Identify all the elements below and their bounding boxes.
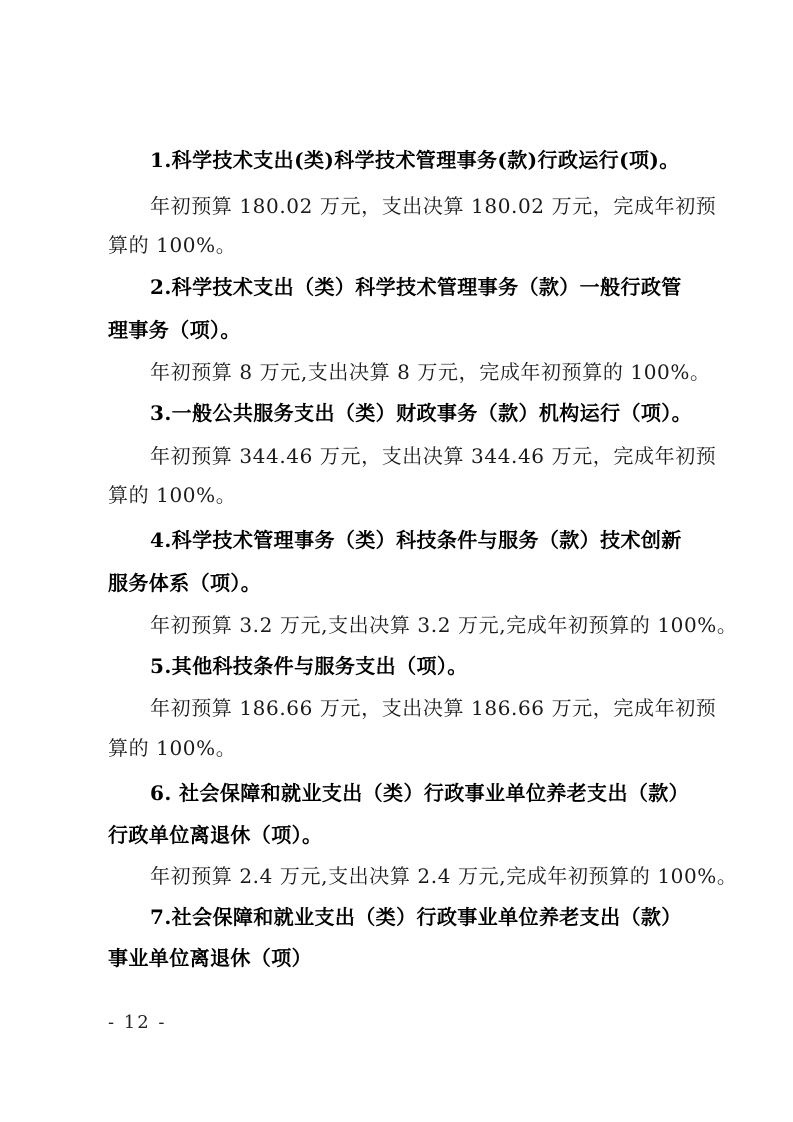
item-4-heading-line-1: 4.科学技术管理事务（类）科技条件与服务（款）技术创新: [150, 528, 682, 552]
item-2-body-line-1: 年初预算 8 万元,支出决算 8 万元，完成年初预算的 100%。: [150, 360, 711, 384]
item-7-heading-line-1: 7.社会保障和就业支出（类）行政事业单位养老支出（款）: [150, 905, 682, 929]
item-3-body-line-1: 年初预算 344.46 万元，支出决算 344.46 万元，完成年初预: [150, 444, 716, 468]
item-6-body-line-1: 年初预算 2.4 万元,支出决算 2.4 万元,完成年初预算的 100%。: [150, 864, 738, 888]
item-6-heading-line-2: 行政单位离退休（项）。: [108, 823, 322, 847]
item-1-heading: 1.科学技术支出(类)科学技术管理事务(款)行政运行(项)。: [150, 148, 680, 172]
item-1-body-line-1: 年初预算 180.02 万元，支出决算 180.02 万元，完成年初预: [150, 194, 716, 218]
item-5-body-line-1: 年初预算 186.66 万元，支出决算 186.66 万元，完成年初预: [150, 696, 716, 720]
item-7-heading-line-2: 事业单位离退休（项）: [108, 946, 312, 970]
item-3-body-line-2: 算的 100%。: [108, 483, 236, 507]
document-page: 1.科学技术支出(类)科学技术管理事务(款)行政运行(项)。 年初预算 180.…: [0, 0, 793, 1122]
item-3-heading: 3.一般公共服务支出（类）财政事务（款）机构运行（项）。: [150, 401, 692, 425]
page-number: - 12 -: [108, 1012, 167, 1033]
item-2-heading-line-1: 2.科学技术支出（类）科学技术管理事务（款）一般行政管: [150, 275, 682, 299]
item-5-heading: 5.其他科技条件与服务支出（项）。: [150, 654, 468, 678]
item-4-body-line-1: 年初预算 3.2 万元,支出决算 3.2 万元,完成年初预算的 100%。: [150, 613, 738, 637]
item-6-heading-line-1: 6. 社会保障和就业支出（类）行政事业单位养老支出（款）: [150, 781, 689, 805]
item-2-heading-line-2: 理事务（项）。: [108, 318, 241, 342]
item-4-heading-line-2: 服务体系（项）。: [108, 571, 261, 595]
item-5-body-line-2: 算的 100%。: [108, 736, 236, 760]
item-1-body-line-2: 算的 100%。: [108, 233, 236, 257]
